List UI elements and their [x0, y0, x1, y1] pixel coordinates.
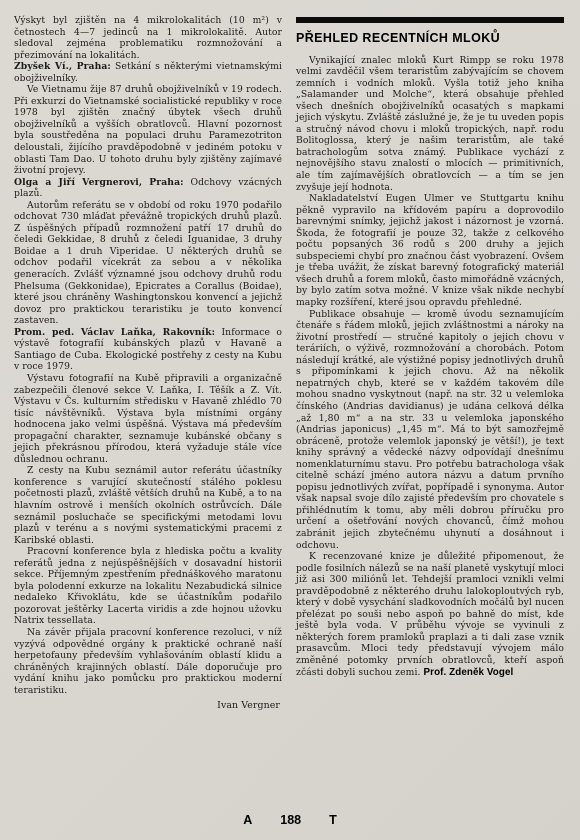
paragraph: Ve Vietnamu žije 87 druhů obojživelníků …	[14, 84, 282, 176]
page-footer: A 188 T	[0, 813, 580, 827]
footer-right-mark: T	[329, 813, 337, 827]
section-divider-bar	[296, 17, 564, 23]
paragraph: Z cesty na Kubu seznámil autor referátu …	[14, 465, 282, 546]
paragraph: Na závěr přijala pracovní konference rez…	[14, 627, 282, 696]
paragraph: Autorům referátu se v období od roku 197…	[14, 200, 282, 327]
column-container: Výskyt byl zjištěn na 4 mikrolokalitách …	[14, 15, 564, 712]
entry-author: Zbyšek Ví., Praha:	[14, 61, 111, 72]
footer-left-mark: A	[243, 813, 252, 827]
paragraph: Pracovní konference byla z hlediska počt…	[14, 546, 282, 627]
paragraph: Publikace obsahuje — kromě úvodu seznamu…	[296, 309, 564, 551]
author-signature: Ivan Vergner	[14, 700, 282, 712]
paragraph-text: Publikace obsahuje — kromě úvodu seznamu…	[296, 309, 564, 551]
section-heading: PŘEHLED RECENTNÍCH MLOKŮ	[296, 33, 564, 45]
paragraph: Výstavu fotografií na Kubě připravili a …	[14, 373, 282, 465]
right-column: PŘEHLED RECENTNÍCH MLOKŮ Vynikající znal…	[296, 15, 564, 712]
report-entry: Olga a Jiří Vergnerovi, Praha: Odchovy v…	[14, 177, 282, 200]
paragraph-text: Na závěr přijala pracovní konference rez…	[14, 627, 282, 696]
paragraph: Nakladatelství Eugen Ulmer ve Stuttgartu…	[296, 193, 564, 308]
paragraph-text: Nakladatelství Eugen Ulmer ve Stuttgartu…	[296, 193, 564, 308]
entry-author: Prom. ped. Václav Laňka, Rakovník:	[14, 327, 215, 338]
paragraph-text: Pracovní konference byla z hlediska počt…	[14, 546, 282, 626]
page-number: 188	[280, 813, 301, 827]
paragraph-text: Autorům referátu se v období od roku 197…	[14, 200, 282, 326]
paragraph-text: Vynikající znalec mloků Kurt Rimpp se ro…	[296, 55, 564, 193]
author-signature: Prof. Zdeněk Vogel	[424, 667, 514, 678]
paragraph-text: Výstavu fotografií na Kubě připravili a …	[14, 373, 282, 465]
report-entry: Zbyšek Ví., Praha: Setkání s některými v…	[14, 61, 282, 84]
left-column: Výskyt byl zjištěn na 4 mikrolokalitách …	[14, 15, 282, 712]
paragraph-text: K recenzované knize je důležité připomen…	[296, 551, 564, 677]
paragraph-text: Ve Vietnamu žije 87 druhů obojživelníků …	[14, 84, 282, 176]
entry-author: Olga a Jiří Vergnerovi, Praha:	[14, 177, 184, 188]
paragraph-text: Z cesty na Kubu seznámil autor referátu …	[14, 465, 282, 545]
journal-page: Výskyt byl zjištěn na 4 mikrolokalitách …	[0, 0, 580, 840]
report-entry: Prom. ped. Václav Laňka, Rakovník: Infor…	[14, 327, 282, 373]
paragraph: K recenzované knize je důležité připomen…	[296, 551, 564, 678]
paragraph-text: Výskyt byl zjištěn na 4 mikrolokalitách …	[14, 15, 282, 61]
paragraph: Vynikající znalec mloků Kurt Rimpp se ro…	[296, 55, 564, 194]
paragraph: Výskyt byl zjištěn na 4 mikrolokalitách …	[14, 15, 282, 61]
